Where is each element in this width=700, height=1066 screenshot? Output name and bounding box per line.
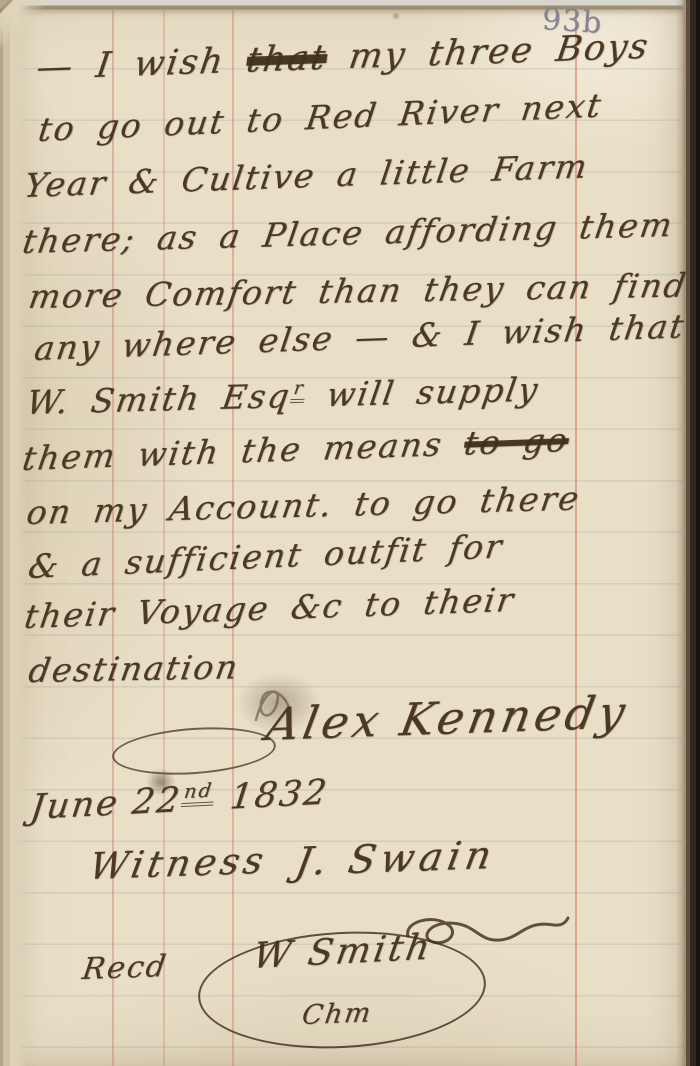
received-label: Recd bbox=[80, 949, 170, 987]
page-binding-edge bbox=[0, 0, 28, 1066]
witness-label: Witness bbox=[86, 839, 271, 888]
struck-word: that bbox=[244, 38, 330, 81]
manuscript-page-scan: 93b — I wish that my three Boys to go ou… bbox=[0, 0, 700, 1066]
line-text: will supply bbox=[303, 370, 542, 415]
line-text: W. Smith Esq bbox=[24, 376, 294, 422]
date-year: 1832 bbox=[228, 773, 331, 818]
manuscript-line: destination bbox=[26, 647, 242, 690]
date-month-day: June 22 bbox=[28, 780, 184, 828]
date-ordinal: nd bbox=[180, 779, 216, 808]
line-text: — I wish bbox=[34, 41, 250, 88]
witness-signature: J. Swain bbox=[292, 833, 500, 885]
page-corner-fold bbox=[0, 0, 52, 46]
struck-word: to go bbox=[462, 420, 572, 463]
page-right-edge bbox=[676, 0, 700, 1066]
